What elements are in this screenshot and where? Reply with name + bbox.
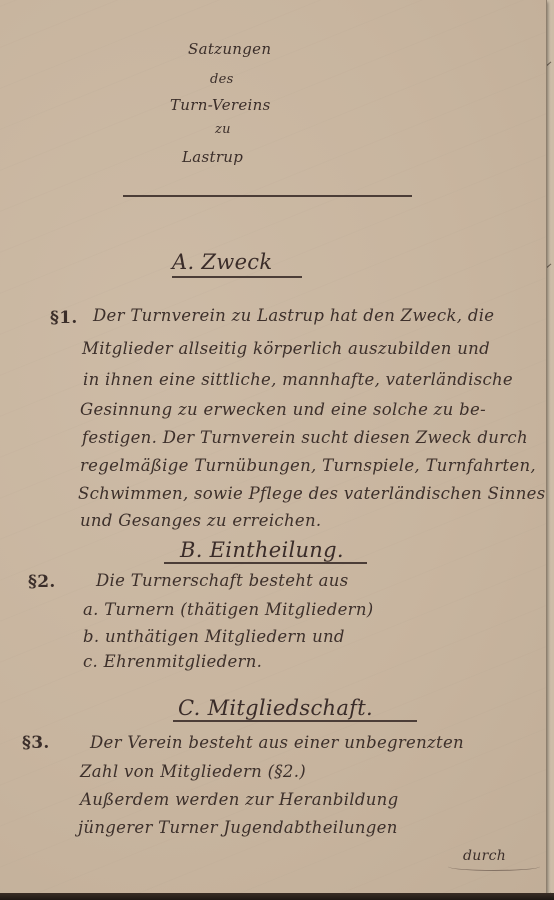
section-c-line-4: jüngerer Turner Jugendabtheilungen — [78, 818, 398, 837]
manuscript-page: Satzungen des Turn-Vereins zu Lastrup A.… — [0, 0, 547, 895]
title-line-turnvereins: Turn-Vereins — [170, 96, 271, 114]
section-b-item-b: b. unthätigen Mitgliedern und — [83, 627, 345, 646]
title-line-des: des — [210, 72, 234, 87]
section-a-line-2: Mitglieder allseitig körperlich auszubil… — [82, 339, 490, 358]
section-a-line-7: Schwimmen, sowie Pflege des vaterländisc… — [78, 484, 545, 503]
title-line-zu: zu — [215, 122, 231, 137]
section-heading-b: B. Eintheilung. — [180, 538, 344, 562]
section-a-line-6: regelmäßige Turnübungen, Turnspiele, Tur… — [80, 456, 536, 475]
section-a-line-8: und Gesanges zu erreichen. — [80, 511, 321, 530]
section-a-line-5: festigen. Der Turnverein sucht diesen Zw… — [82, 428, 528, 447]
section-b-item-c: c. Ehrenmitgliedern. — [83, 652, 262, 671]
title-line-place: Lastrup — [182, 148, 243, 166]
paragraph-number-1: §1. — [50, 308, 78, 328]
section-heading-a: A. Zweck — [172, 250, 272, 274]
page-bottom-shadow — [0, 893, 554, 900]
section-a-line-3: in ihnen eine sittliche, mannhafte, vate… — [83, 370, 513, 389]
section-c-underline — [173, 720, 417, 722]
section-c-line-1: Der Verein besteht aus einer unbegrenzte… — [90, 733, 464, 752]
section-b-line-1: Die Turnerschaft besteht aus — [96, 571, 349, 590]
paragraph-number-3: §3. — [22, 733, 50, 753]
paragraph-number-2: §2. — [28, 572, 56, 592]
scanned-document: Satzungen des Turn-Vereins zu Lastrup A.… — [0, 0, 554, 900]
title-divider — [123, 195, 412, 197]
section-a-line-1: Der Turnverein zu Lastrup hat den Zweck,… — [93, 306, 494, 325]
section-b-item-a: a. Turnern (thätigen Mitgliedern) — [83, 600, 374, 619]
catchword-flourish — [448, 862, 540, 871]
section-c-line-3: Außerdem werden zur Heranbildung — [80, 790, 398, 809]
section-a-line-4: Gesinnung zu erwecken und eine solche zu… — [80, 400, 486, 419]
section-heading-c: C. Mitgliedschaft. — [178, 696, 373, 720]
section-b-underline — [164, 562, 367, 564]
title-line-satzungen: Satzungen — [188, 40, 271, 58]
section-a-underline — [172, 276, 302, 278]
section-c-line-2: Zahl von Mitgliedern (§2.) — [80, 762, 306, 781]
